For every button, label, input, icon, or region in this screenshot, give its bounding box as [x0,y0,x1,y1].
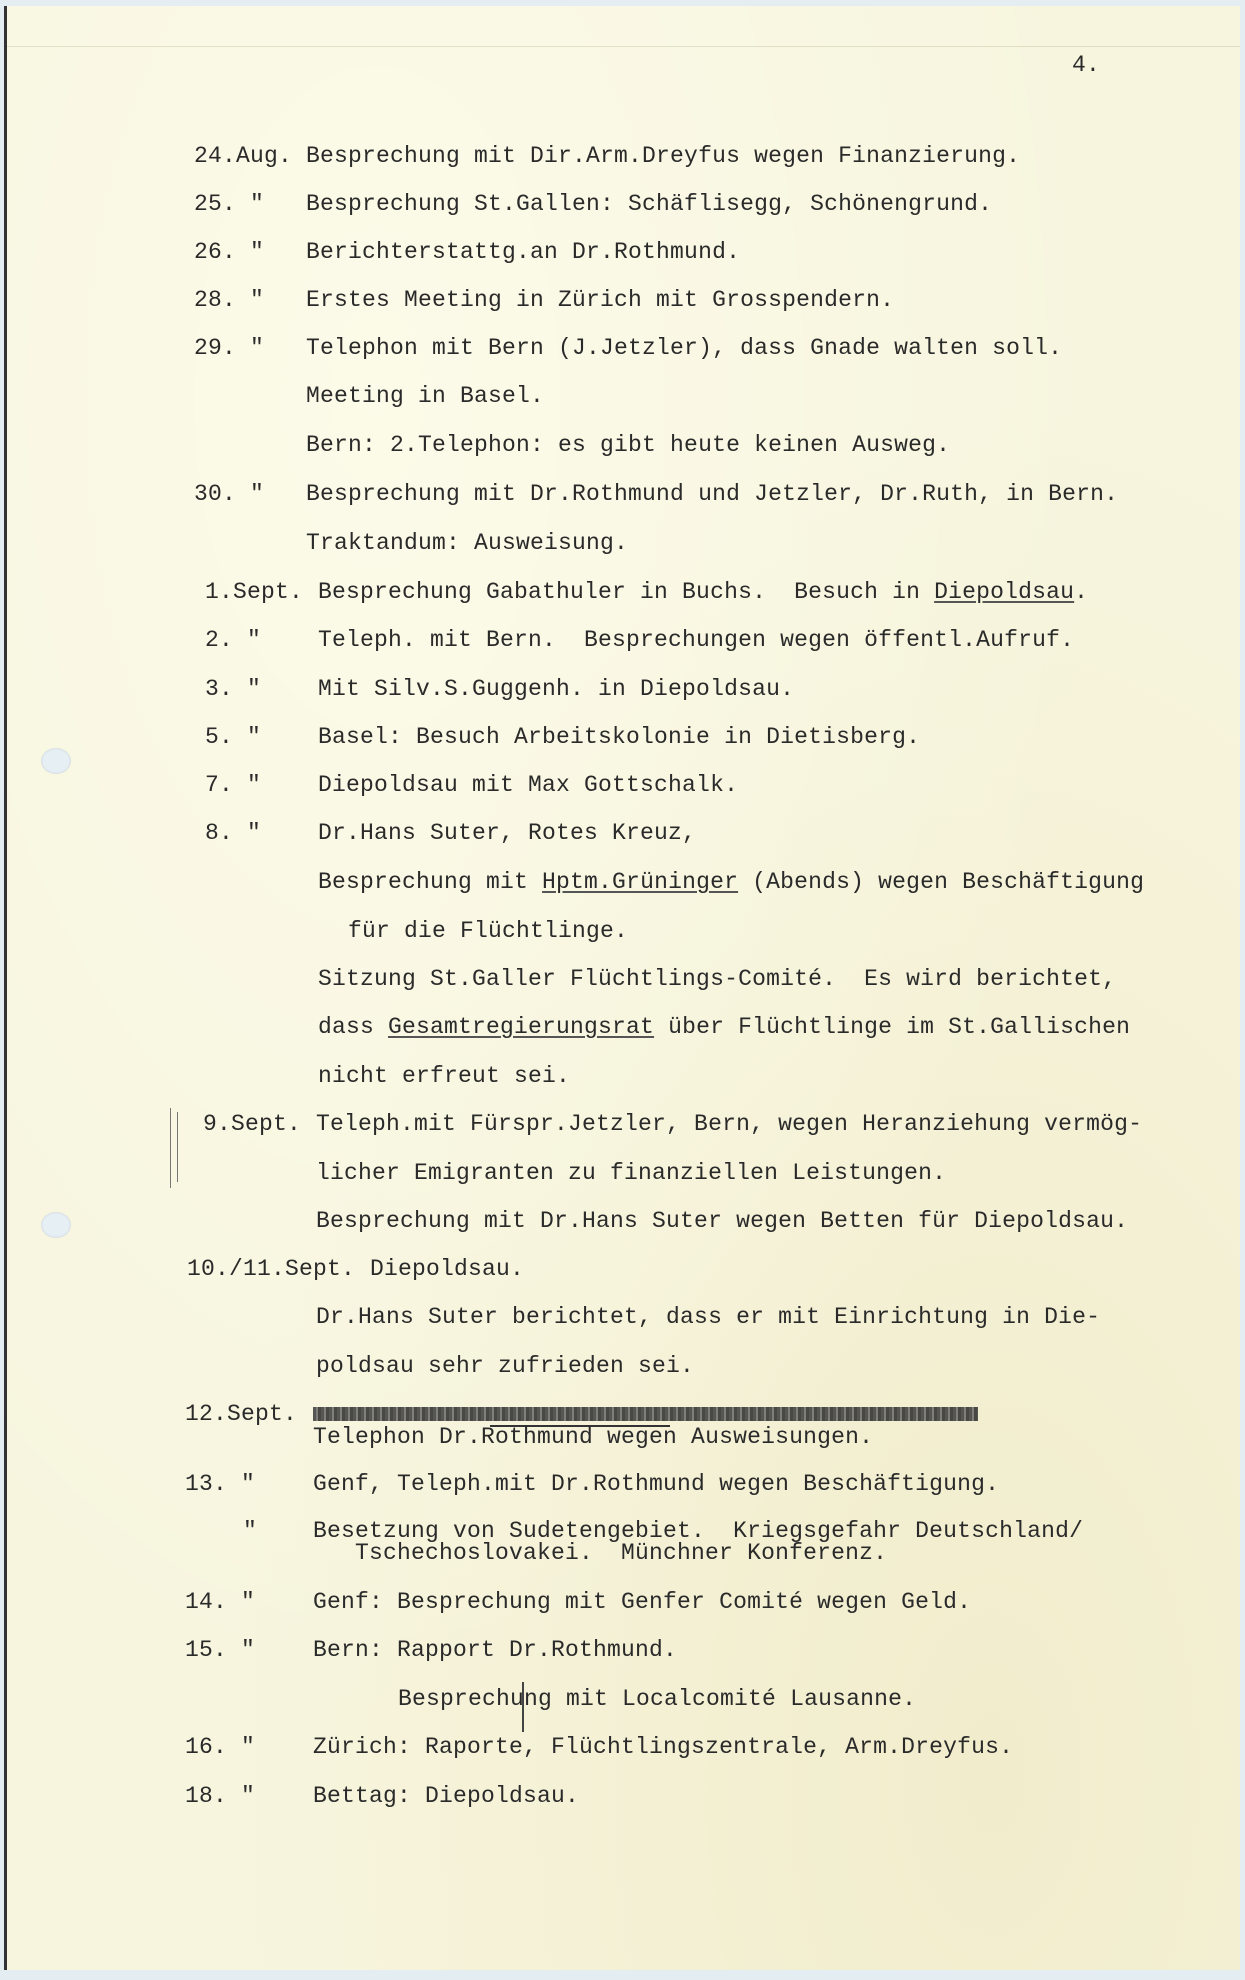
underlined-name: Hptm.Grüninger [542,869,738,895]
entry-text: Teleph. mit Bern. Besprechungen wegen öf… [318,627,1074,653]
paper-fold-line [7,46,1240,47]
entry-date: 7. " [205,772,261,798]
entry-date: 14. " [185,1589,255,1615]
entry-text: Besprechung mit Localcomité Lausanne. [398,1686,916,1712]
entry-date: 3. " [205,676,261,702]
entry-date: 13. " [185,1471,255,1497]
entry-text: Teleph.mit Fürspr.Jetzler, Bern, wegen H… [316,1111,1142,1137]
entry-text: poldsau sehr zufrieden sei. [316,1353,694,1379]
entry-text: Mit Silv.S.Guggenh. in Diepoldsau. [318,676,794,702]
punch-hole-top [41,748,71,774]
entry-text: Besprechung mit Dr.Rothmund und Jetzler,… [306,481,1118,507]
entry-text: Basel: Besuch Arbeitskolonie in Dietisbe… [318,724,920,750]
crossed-out-text [313,1407,978,1421]
entry-text: Bern: Rapport Dr.Rothmund. [313,1637,677,1663]
punch-hole-bottom [41,1212,71,1238]
entry-text: Traktandum: Ausweisung. [306,530,628,556]
entry-text: Genf, Teleph.mit Dr.Rothmund wegen Besch… [313,1471,999,1497]
entry-date: 10./11.Sept. [187,1256,355,1282]
entry-date: 5. " [205,724,261,750]
underlined-term: Gesamtregierungsrat [388,1014,654,1040]
entry-text: Telephon mit Bern (J.Jetzler), dass Gnad… [306,335,1062,361]
entry-text: Telephon Dr.Rothmund wegen Ausweisungen. [313,1424,873,1450]
entry-date: 16. " [185,1734,255,1760]
margin-mark [170,1108,171,1188]
entry-text: Dr.Hans Suter berichtet, dass er mit Ein… [316,1304,1100,1330]
entry-text: für die Flüchtlinge. [348,918,628,944]
entry-date: 30. " [194,481,264,507]
entry-date: 1.Sept. [205,579,303,605]
entry-text: Diepoldsau. [370,1256,524,1282]
entry-text: Besprechung St.Gallen: Schäflisegg, Schö… [306,191,992,217]
entry-text: Genf: Besprechung mit Genfer Comité wege… [313,1589,971,1615]
page-number: 4. [1072,52,1100,78]
entry-text: Dr.Hans Suter, Rotes Kreuz, [318,820,696,846]
entry-text: Tschechoslovakei. Münchner Konferenz. [355,1540,887,1566]
entry-text: Zürich: Raporte, Flüchtlingszentrale, Ar… [313,1734,1013,1760]
entry-date: 9.Sept. [203,1111,301,1137]
entry-date: 18. " [185,1783,255,1809]
entry-text: Sitzung St.Galler Flüchtlings-Comité. Es… [318,966,1116,992]
entry-text: licher Emigranten zu finanziellen Leistu… [316,1160,946,1186]
entry-text: dass Gesamtregierungsrat über Flüchtling… [318,1014,1130,1040]
entry-date: 12.Sept. [185,1401,297,1427]
margin-mark [177,1112,178,1182]
underlined-place: Diepoldsau [934,579,1074,605]
entry-text: Bern: 2.Telephon: es gibt heute keinen A… [306,432,950,458]
entry-text: Diepoldsau mit Max Gottschalk. [318,772,738,798]
entry-text: Besprechung mit Dr.Hans Suter wegen Bett… [316,1208,1128,1234]
entry-date: 8. " [205,820,261,846]
entry-date: 2. " [205,627,261,653]
entry-date: " [243,1518,257,1544]
entry-date: 28. " [194,287,264,313]
entry-text: Meeting in Basel. [306,383,544,409]
entry-text: Besprechung mit Hptm.Grüninger (Abends) … [318,869,1144,895]
entry-text: Berichterstattg.an Dr.Rothmund. [306,239,740,265]
entry-date: 15. " [185,1637,255,1663]
entry-text: nicht erfreut sei. [318,1063,570,1089]
entry-date: 26. " [194,239,264,265]
entry-text: Bettag: Diepoldsau. [313,1783,579,1809]
entry-text: Besprechung mit Dir.Arm.Dreyfus wegen Fi… [306,143,1020,169]
entry-text: Erstes Meeting in Zürich mit Grosspender… [306,287,894,313]
entry-date: 29. " [194,335,264,361]
pencil-mark [522,1682,524,1732]
entry-text: Besprechung Gabathuler in Buchs. Besuch … [318,579,1088,605]
entry-date: 25. " [194,191,264,217]
entry-date: 24.Aug. [194,143,292,169]
